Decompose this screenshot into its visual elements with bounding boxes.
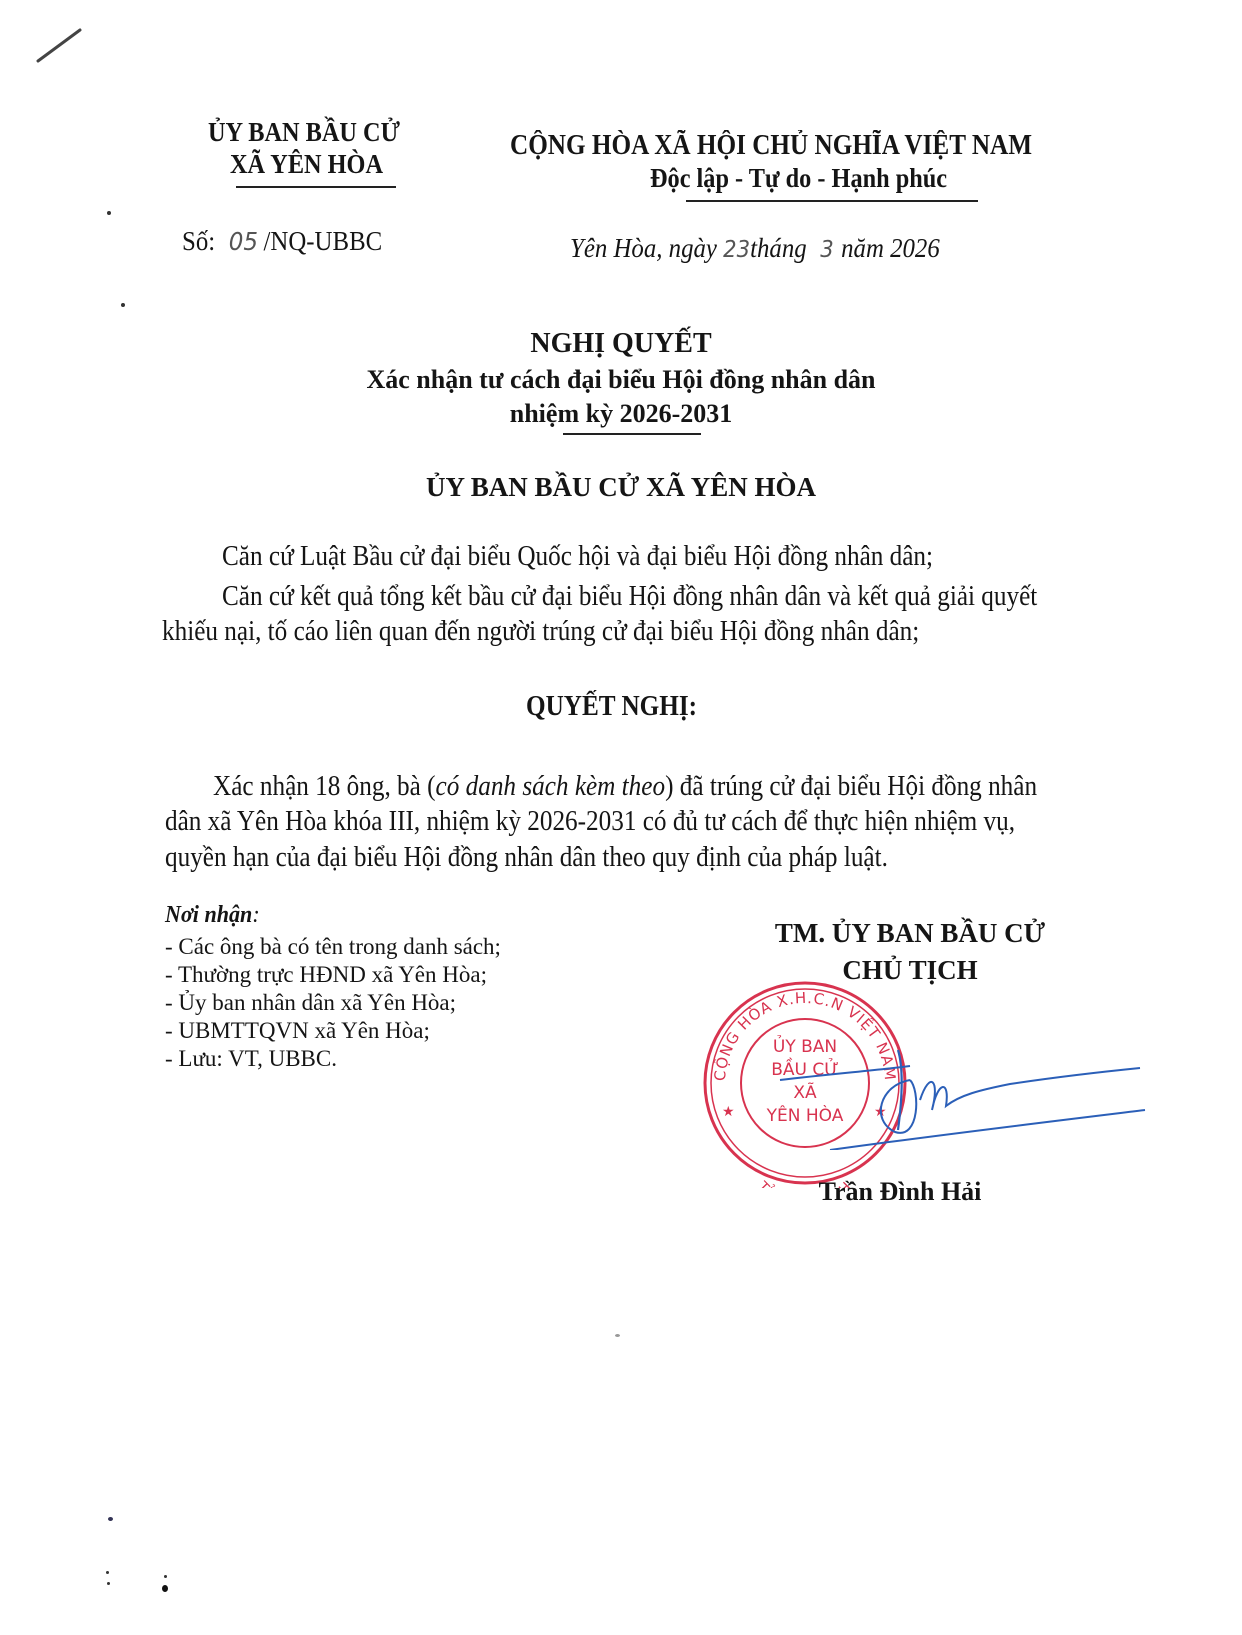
document-subject-line2: nhiệm kỳ 2026-2031 bbox=[0, 399, 1242, 429]
resolution-line-3: quyền hạn của đại biểu Hội đồng nhân dân… bbox=[165, 842, 968, 874]
national-title: CỘNG HÒA XÃ HỘI CHỦ NGHĨA VIỆT NAM bbox=[510, 130, 1090, 162]
signature-on-behalf: TM. ỦY BAN BẦU CỬ bbox=[740, 918, 1080, 949]
issuing-body-heading: ỦY BAN BẦU CỬ XÃ YÊN HÒA bbox=[0, 472, 1242, 503]
national-motto: Độc lập - Tự do - Hạnh phúc bbox=[650, 163, 980, 194]
resolution-line-2: dân xã Yên Hòa khóa III, nhiệm kỳ 2026-2… bbox=[165, 806, 1110, 838]
recipient-item: - Thường trực HĐND xã Yên Hòa; bbox=[165, 961, 501, 989]
issuer-underline bbox=[236, 186, 396, 188]
preamble-line-2: Căn cứ kết quả tổng kết bầu cử đại biểu … bbox=[222, 581, 1128, 613]
resolution-heading: QUYẾT NGHỊ: bbox=[0, 691, 1242, 723]
scan-speck bbox=[107, 1582, 110, 1585]
date-month-label: tháng bbox=[750, 233, 807, 263]
scan-speck bbox=[108, 1517, 113, 1521]
scan-speck bbox=[615, 1334, 620, 1337]
document-subject-line1: Xác nhận tư cách đại biểu Hội đồng nhân … bbox=[0, 365, 1242, 395]
svg-text:★: ★ bbox=[722, 1105, 735, 1120]
date-place: Yên Hòa, ngày bbox=[570, 233, 717, 263]
date-day-handwritten: 23 bbox=[723, 237, 750, 263]
scan-speck bbox=[121, 303, 125, 307]
document-number: Số: 05/NQ-UBBC bbox=[182, 226, 400, 257]
scan-speck bbox=[162, 1585, 168, 1592]
scan-speck bbox=[106, 1571, 109, 1574]
number-prefix: Số: bbox=[182, 226, 215, 256]
recipients-list: - Các ông bà có tên trong danh sách; - T… bbox=[165, 933, 501, 1073]
number-handwritten: 05 bbox=[229, 227, 258, 256]
recipient-item: - Ủy ban nhân dân xã Yên Hòa; bbox=[165, 989, 501, 1017]
scan-speck bbox=[107, 211, 111, 215]
recipient-item: - Lưu: VT, UBBC. bbox=[165, 1045, 501, 1073]
preamble-line-3: khiếu nại, tố cáo liên quan đến người tr… bbox=[162, 616, 1003, 648]
preamble-line-1: Căn cứ Luật Bầu cử đại biểu Quốc hội và … bbox=[222, 541, 1012, 573]
resolution-line-1: Xác nhận 18 ông, bà (có danh sách kèm th… bbox=[213, 771, 1129, 803]
number-suffix: /NQ-UBBC bbox=[264, 226, 383, 256]
handwritten-signature bbox=[770, 1040, 1150, 1150]
issue-date: Yên Hòa, ngày 23tháng 3năm 2026 bbox=[570, 233, 972, 264]
scan-pen-mark bbox=[30, 20, 90, 70]
motto-underline bbox=[686, 200, 978, 202]
date-month-handwritten: 3 bbox=[820, 237, 833, 263]
recipient-item: - UBMTTQVN xã Yên Hòa; bbox=[165, 1017, 501, 1045]
date-year: năm 2026 bbox=[841, 233, 940, 263]
recipient-item: - Các ông bà có tên trong danh sách; bbox=[165, 933, 501, 961]
attachment-note: có danh sách kèm theo bbox=[436, 771, 666, 802]
issuer-commune: XÃ YÊN HÒA bbox=[180, 149, 450, 180]
signer-name: Trần Đình Hải bbox=[780, 1177, 1020, 1207]
scan-speck bbox=[164, 1575, 167, 1578]
recipients-label: Nơi nhận: bbox=[165, 902, 268, 929]
issuer-name: ỦY BAN BẦU CỬ bbox=[180, 117, 450, 148]
document-type: NGHỊ QUYẾT bbox=[0, 328, 1242, 360]
subject-underline bbox=[563, 433, 701, 435]
